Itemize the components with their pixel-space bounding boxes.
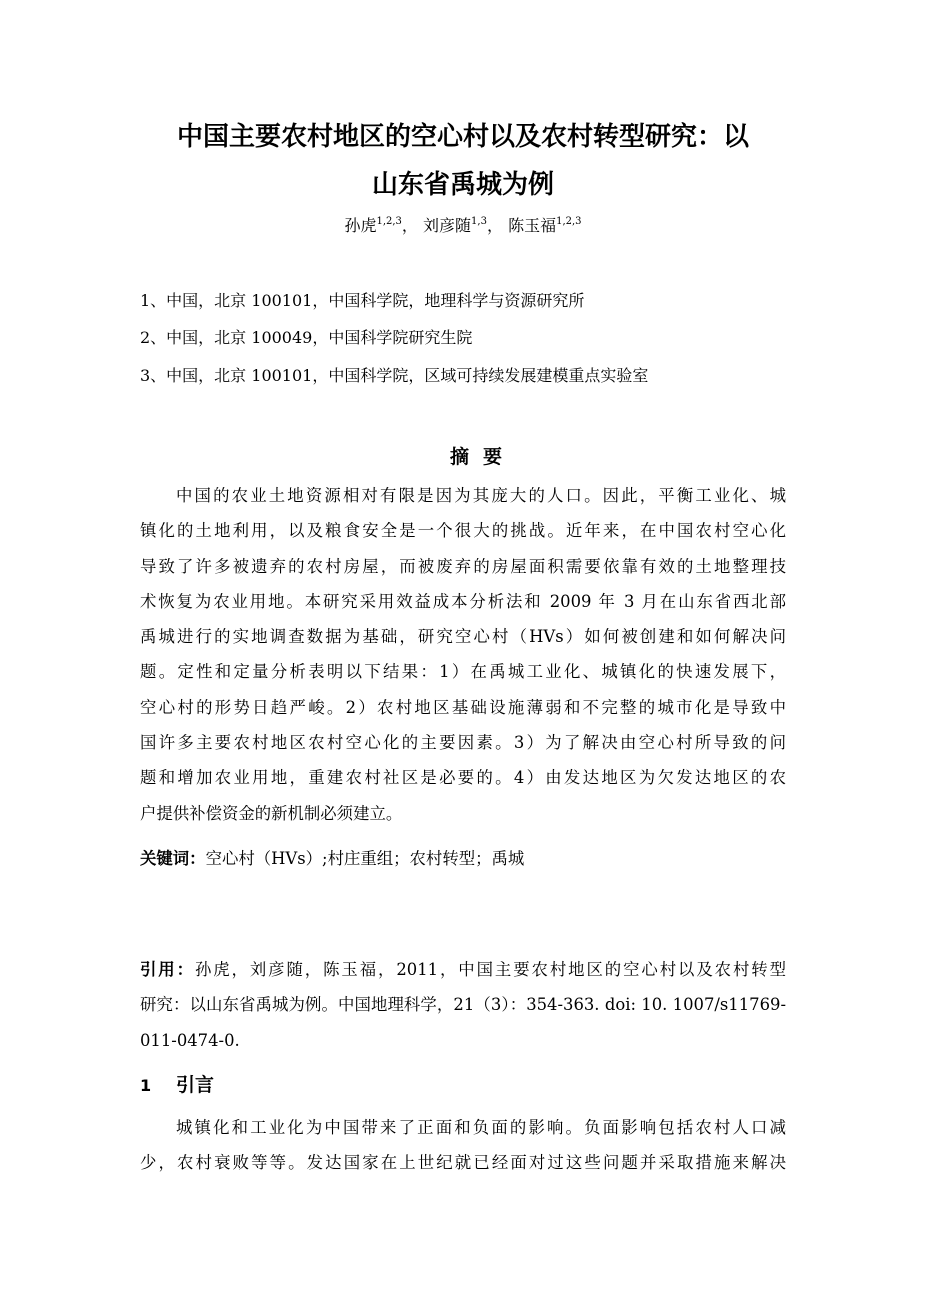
- author-affiliation-marks: 1,2,3: [376, 216, 401, 227]
- citation: 引用：孙虎，刘彦随，陈玉福，2011，中国主要农村地区的空心村以及农村转型 研究…: [140, 952, 786, 1058]
- keywords-text: 空心村（HVs）;村庄重组；农村转型；禹城: [206, 849, 525, 868]
- author-separator: ，: [487, 216, 503, 235]
- section-heading-introduction: 1引言: [140, 1073, 214, 1098]
- abstract-line: 镇化的土地利用，以及粮食安全是一个很大的挑战。近年来，在中国农村空心化: [140, 513, 786, 548]
- keywords: 关键词：空心村（HVs）;村庄重组；农村转型；禹城: [140, 848, 524, 870]
- abstract-line: 术恢复为农业用地。本研究采用效益成本分析法和 2009 年 3 月在山东省西北部: [140, 584, 786, 619]
- abstract-line: 空心村的形势日趋严峻。2）农村地区基础设施薄弱和不完整的城市化是导致中: [140, 690, 786, 725]
- affiliation-3: 3、中国，北京 100101，中国科学院，区域可持续发展建模重点实验室: [140, 366, 648, 386]
- author-separator: ，: [402, 216, 418, 235]
- author-list: 孙虎1,2,3， 刘彦随1,3， 陈玉福1,2,3: [120, 216, 806, 236]
- abstract-line: 题和增加农业用地，重建农村社区是必要的。4）由发达地区为欠发达地区的农: [140, 760, 786, 795]
- abstract-heading: 摘要: [120, 442, 846, 469]
- abstract-line: 中国的农业土地资源相对有限是因为其庞大的人口。因此，平衡工业化、城: [140, 478, 786, 513]
- citation-line: 引用：孙虎，刘彦随，陈玉福，2011，中国主要农村地区的空心村以及农村转型: [140, 952, 786, 987]
- author-name: 刘彦随: [423, 216, 471, 235]
- abstract-body: 中国的农业土地资源相对有限是因为其庞大的人口。因此，平衡工业化、城 镇化的土地利…: [140, 478, 786, 831]
- intro-line: 少，农村衰败等等。发达国家在上世纪就已经面对过这些问题并采取措施来解决: [140, 1145, 786, 1180]
- author-affiliation-marks: 1,2,3: [556, 216, 581, 227]
- document-page: 中国主要农村地区的空心村以及农村转型研究：以 山东省禹城为例 孙虎1,2,3， …: [0, 0, 926, 1309]
- intro-line: 城镇化和工业化为中国带来了正面和负面的影响。负面影响包括农村人口减: [140, 1110, 786, 1145]
- abstract-line: 禹城进行的实地调查数据为基础，研究空心村（HVs）如何被创建和如何解决问: [140, 619, 786, 654]
- citation-label: 引用：: [140, 960, 195, 979]
- abstract-line: 题。定性和定量分析表明以下结果：1）在禹城工业化、城镇化的快速发展下，: [140, 654, 786, 689]
- citation-text: 孙虎，刘彦随，陈玉福，2011，中国主要农村地区的空心村以及农村转型: [195, 960, 786, 979]
- abstract-line: 导致了许多被遗弃的农村房屋，而被废弃的房屋面积需要依靠有效的土地整理技: [140, 549, 786, 584]
- author-affiliation-marks: 1,3: [471, 216, 487, 227]
- abstract-line: 国许多主要农村地区农村空心化的主要因素。3）为了解决由空心村所导致的问: [140, 725, 786, 760]
- introduction-body: 城镇化和工业化为中国带来了正面和负面的影响。负面影响包括农村人口减 少，农村衰败…: [140, 1110, 786, 1181]
- section-title: 引言: [176, 1074, 214, 1096]
- citation-line: 研究：以山东省禹城为例。中国地理科学，21（3）：354-363. doi: 1…: [140, 987, 786, 1022]
- affiliation-1: 1、中国，北京 100101，中国科学院，地理科学与资源研究所: [140, 291, 584, 311]
- section-number: 1: [140, 1074, 176, 1098]
- author-name: 孙虎: [344, 216, 376, 235]
- paper-title-line-2: 山东省禹城为例: [120, 172, 806, 198]
- author-name: 陈玉福: [508, 216, 556, 235]
- abstract-line: 户提供补偿资金的新机制必须建立。: [140, 796, 786, 831]
- affiliation-2: 2、中国，北京 100049，中国科学院研究生院: [140, 328, 472, 348]
- keywords-label: 关键词：: [140, 849, 206, 868]
- citation-line: 011-0474-0.: [140, 1023, 786, 1058]
- paper-title-line-1: 中国主要农村地区的空心村以及农村转型研究：以: [120, 124, 806, 150]
